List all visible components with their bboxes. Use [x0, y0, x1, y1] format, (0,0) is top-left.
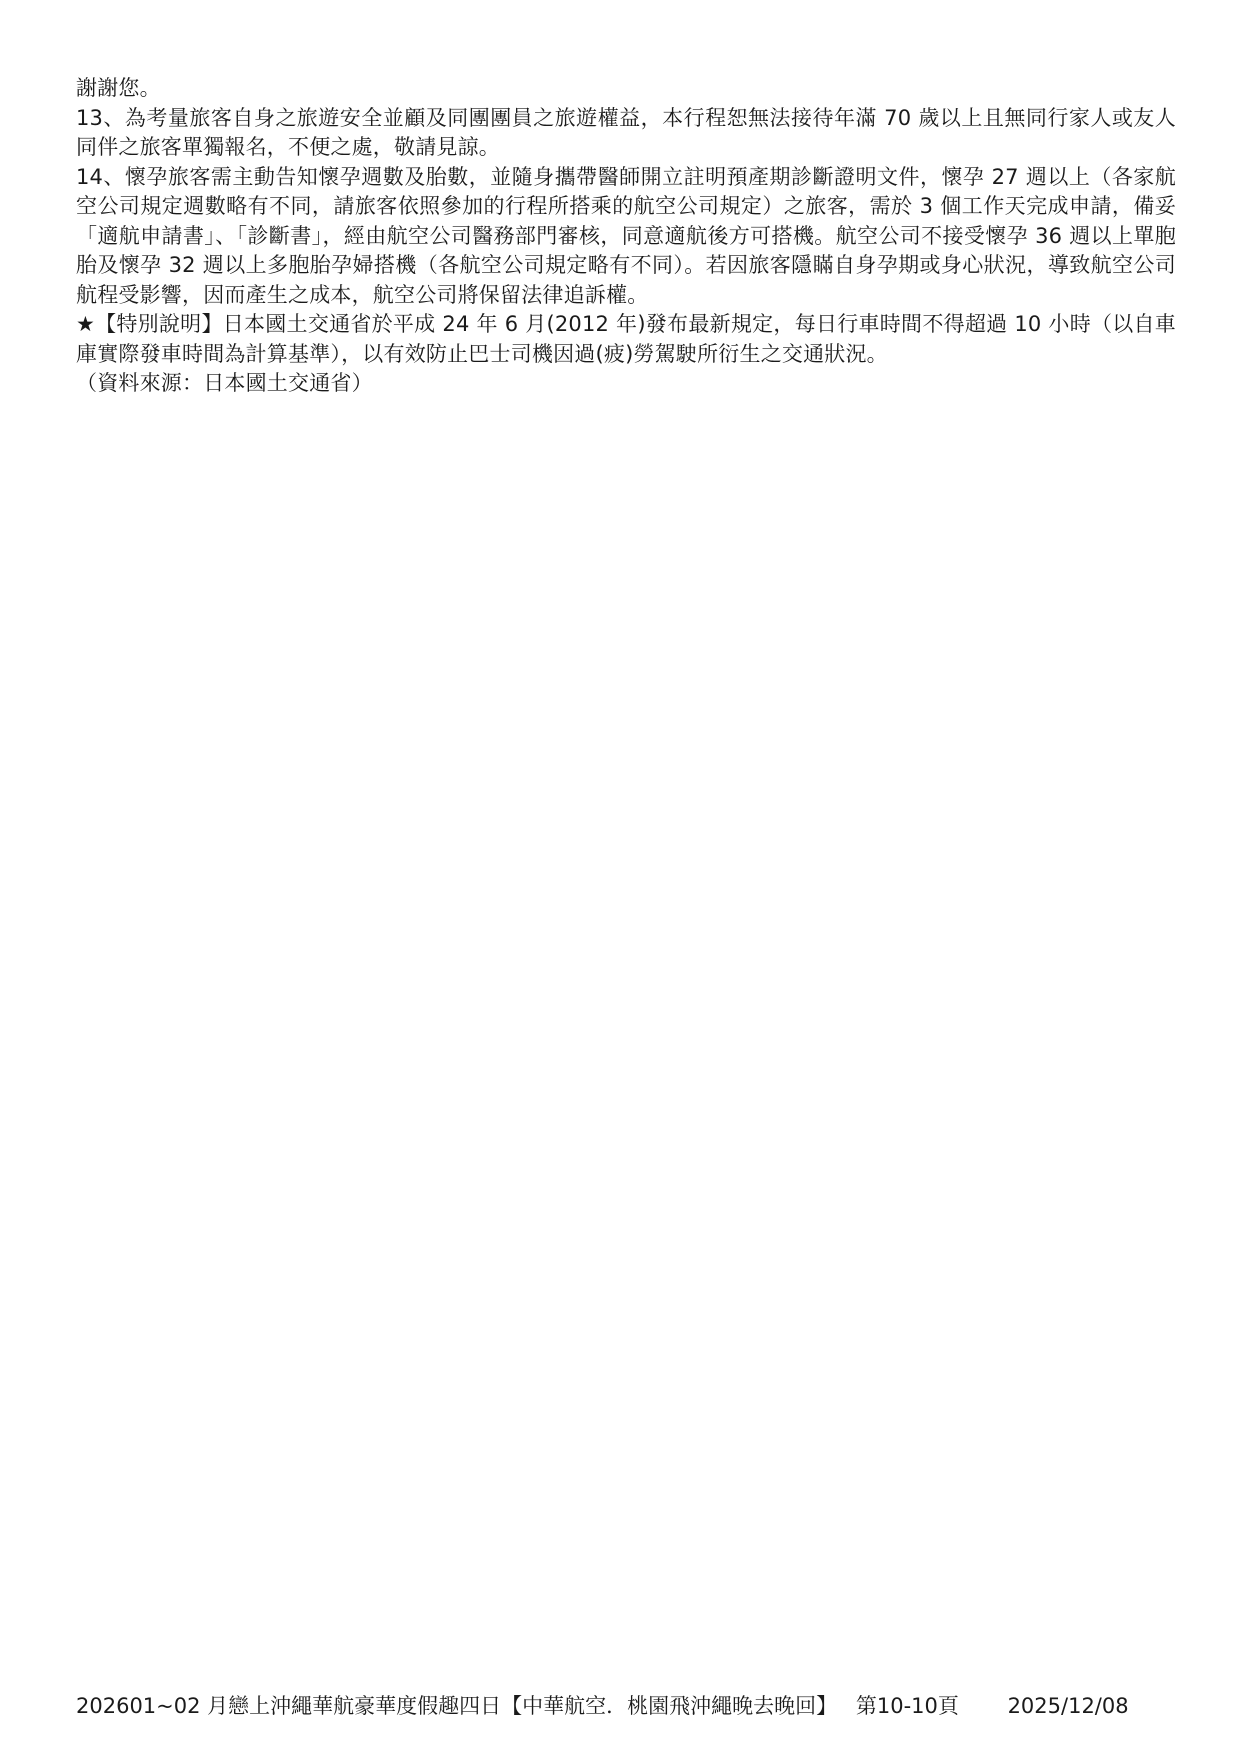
- footer-title: 202601~02 月戀上沖繩華航豪華度假趣四日【中華航空．桃園飛沖繩晚去晚回】: [76, 1693, 837, 1719]
- footer-date: 2025/12/08: [1008, 1693, 1129, 1719]
- paragraph-item-14: 14、懷孕旅客需主動告知懷孕週數及胎數，並隨身攜帶醫師開立註明預產期診斷證明文件…: [76, 163, 1176, 311]
- footer-page-number: 第10-10頁: [856, 1693, 959, 1719]
- paragraph-item-13: 13、為考量旅客自身之旅遊安全並顧及同團團員之旅遊權益，本行程恕無法接待年滿 7…: [76, 104, 1176, 163]
- document-body: 謝謝您。 13、為考量旅客自身之旅遊安全並顧及同團團員之旅遊權益，本行程恕無法接…: [76, 74, 1176, 399]
- page-footer: 202601~02 月戀上沖繩華航豪華度假趣四日【中華航空．桃園飛沖繩晚去晚回】…: [76, 1693, 1176, 1719]
- paragraph-special-note: ★【特別說明】日本國土交通省於平成 24 年 6 月(2012 年)發布最新規定…: [76, 310, 1176, 369]
- paragraph-thanks: 謝謝您。: [76, 74, 1176, 104]
- paragraph-source: （資料來源：日本國土交通省）: [76, 369, 1176, 399]
